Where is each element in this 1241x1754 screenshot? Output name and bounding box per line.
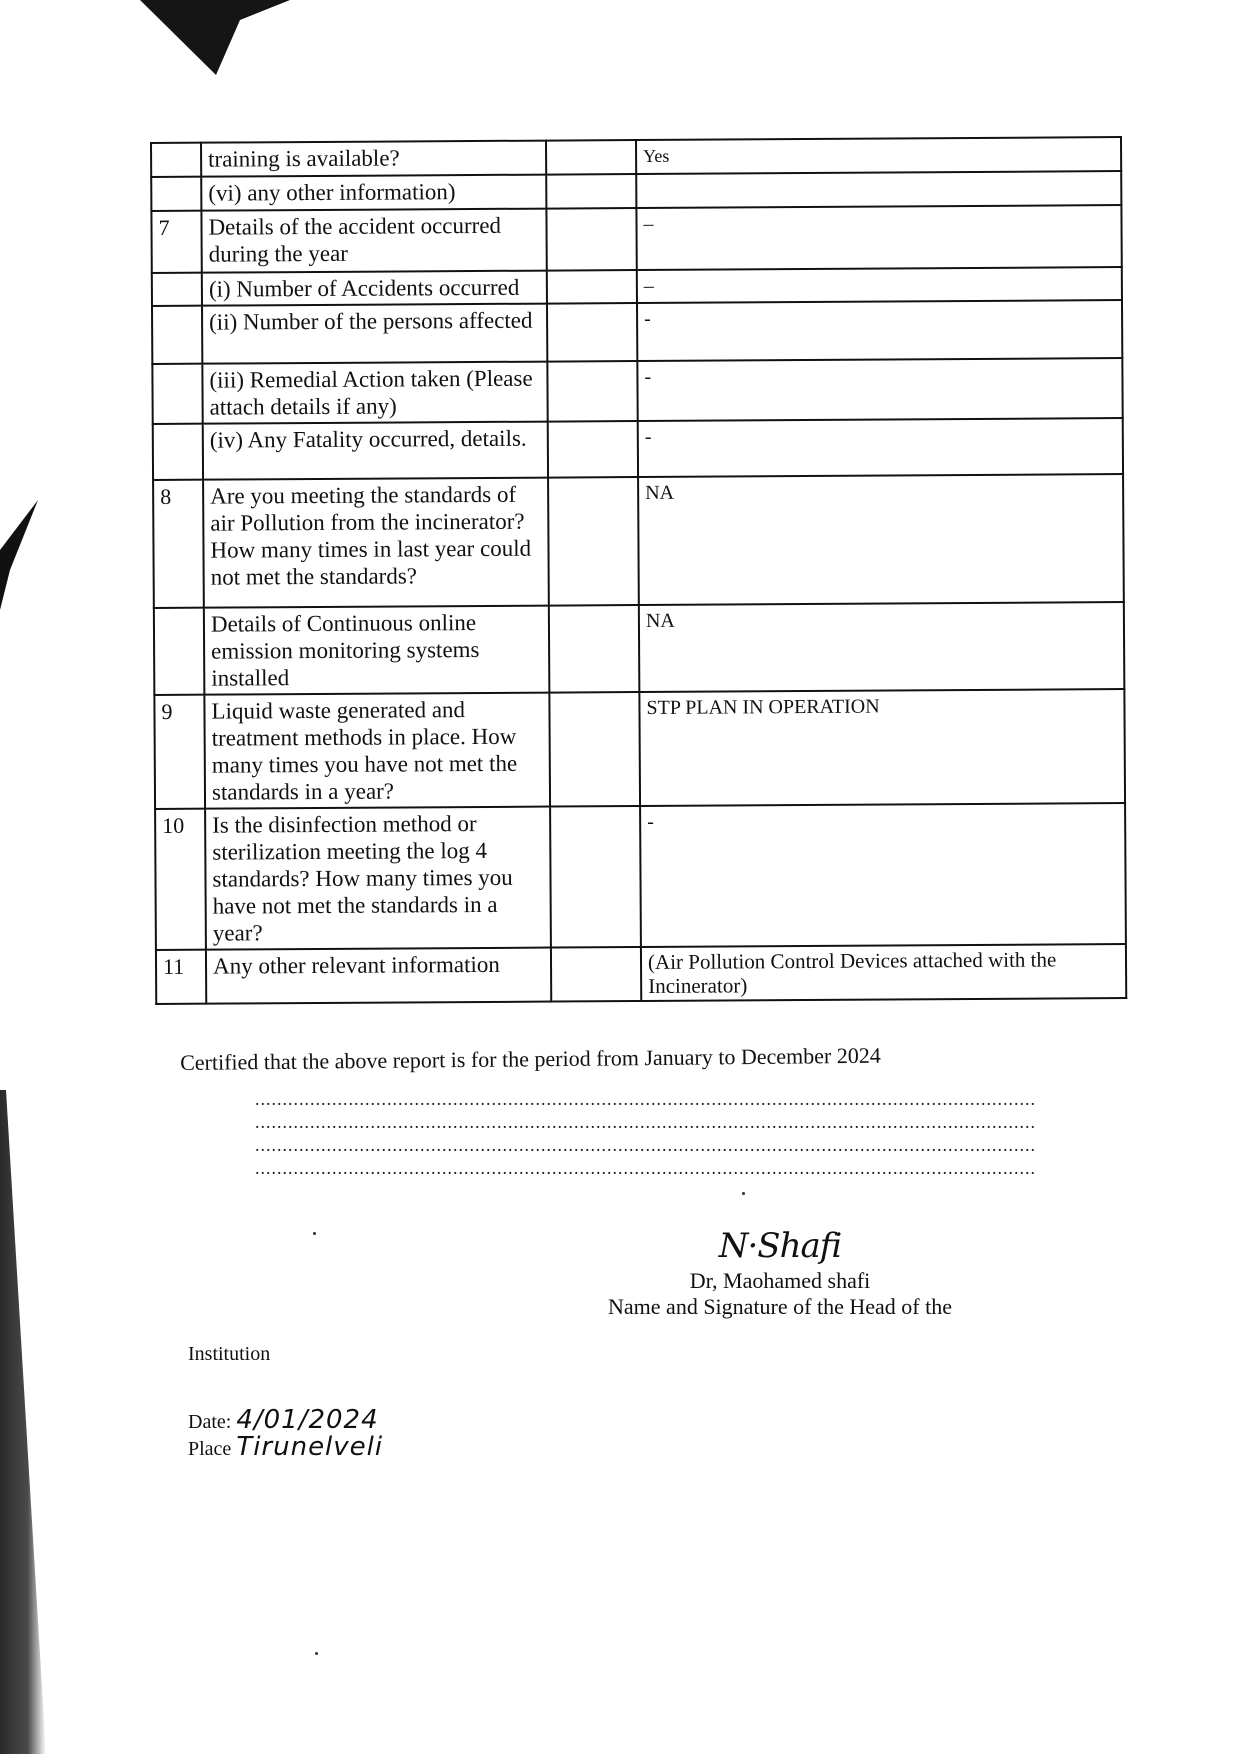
date-line: Date: 4/01/2024 [188, 1405, 379, 1435]
serial-number-cell [153, 424, 203, 480]
serial-number-cell [151, 177, 201, 211]
question-cell: Details of Continuous online emission mo… [204, 606, 550, 695]
dotted-fill-line: ........................................… [255, 1159, 1035, 1177]
date-value: 4/01/2024 [236, 1405, 378, 1435]
question-cell: (iii) Remedial Action taken (Please atta… [202, 362, 547, 424]
answer-cell: – [636, 205, 1121, 270]
answer-cell: - [640, 803, 1126, 947]
place-line: Place Tirunelveli [188, 1432, 383, 1462]
question-cell: training is available? [201, 141, 546, 177]
blank-cell [551, 947, 641, 1002]
table-row: 8Are you meeting the standards of air Po… [153, 474, 1124, 608]
question-cell: Are you meeting the standards of air Pol… [203, 478, 549, 608]
scan-corner-fold [140, 0, 290, 80]
table-row: (iv) Any Fatality occurred, details.- [153, 418, 1123, 480]
blank-cell [546, 174, 636, 209]
answer-cell: - [637, 300, 1122, 361]
question-cell: (iv) Any Fatality occurred, details. [203, 422, 548, 480]
blank-cell [546, 208, 636, 271]
answer-cell: NA [638, 474, 1124, 605]
blank-cell [546, 140, 636, 175]
question-cell: Liquid waste generated and treatment met… [204, 693, 550, 809]
serial-number-cell [152, 306, 202, 364]
question-cell: (ii) Number of the persons affected [202, 304, 547, 364]
blank-cell [549, 692, 640, 807]
blank-cell [547, 361, 637, 422]
dotted-fill-line: ........................................… [255, 1136, 1035, 1154]
blank-cell [547, 270, 637, 304]
scan-speck [313, 1232, 316, 1235]
scan-speck [315, 1652, 318, 1655]
scan-edge-shadow [0, 500, 40, 610]
serial-number-cell [152, 364, 202, 424]
handwritten-signature: N·Shafi [590, 1228, 970, 1264]
serial-number-cell: 8 [153, 480, 204, 608]
serial-number-cell: 10 [155, 809, 206, 950]
answer-cell: STP PLAN IN OPERATION [639, 689, 1125, 806]
blank-cell [547, 303, 637, 362]
dotted-fill-line: ........................................… [255, 1090, 1035, 1108]
place-value: Tirunelveli [236, 1432, 383, 1462]
signatory-institution: Institution [188, 1343, 270, 1366]
table-row: (iii) Remedial Action taken (Please atta… [152, 358, 1122, 424]
question-cell: Details of the accident occurred during … [201, 209, 546, 273]
table-row: 10Is the disinfection method or steriliz… [155, 803, 1126, 950]
answer-cell: Yes [636, 137, 1121, 174]
blank-cell [548, 477, 639, 606]
place-label: Place [188, 1438, 231, 1460]
date-label: Date: [188, 1411, 231, 1433]
answer-cell: NA [639, 602, 1125, 692]
blank-cell [549, 605, 640, 693]
serial-number-cell: 9 [154, 695, 205, 809]
signatory-title: Name and Signature of the Head of the [590, 1294, 970, 1320]
question-cell: Is the disinfection method or sterilizat… [205, 807, 551, 950]
answer-cell: - [637, 358, 1122, 421]
question-cell: (i) Number of Accidents occurred [202, 271, 547, 306]
answer-cell: – [637, 267, 1122, 303]
table-row: (ii) Number of the persons affected- [152, 300, 1122, 364]
signatory-name: Dr, Maohamed shafi [590, 1268, 970, 1294]
blank-cell [548, 421, 638, 478]
scan-speck [742, 1192, 745, 1195]
table-row: 9Liquid waste generated and treatment me… [154, 689, 1125, 809]
dotted-fill-line: ........................................… [255, 1113, 1035, 1131]
serial-number-cell: 7 [151, 211, 201, 273]
report-table: training is available?Yes(vi) any other … [150, 136, 1127, 1005]
blank-cell [550, 806, 641, 948]
answer-cell: - [638, 418, 1123, 477]
serial-number-cell: 11 [156, 950, 206, 1004]
question-cell: Any other relevant information [206, 948, 551, 1004]
question-cell: (vi) any other information) [201, 175, 546, 211]
answer-cell [636, 171, 1121, 208]
table-row: 11Any other relevant information(Air Pol… [156, 944, 1126, 1004]
serial-number-cell [151, 143, 201, 177]
answer-cell: (Air Pollution Control Devices attached … [641, 944, 1126, 1001]
table-row: Details of Continuous online emission mo… [154, 602, 1125, 695]
certification-statement: Certified that the above report is for t… [180, 1043, 881, 1076]
serial-number-cell [154, 608, 205, 695]
scan-edge-shadow [0, 0, 46, 1754]
serial-number-cell [152, 273, 202, 306]
table-row: 7Details of the accident occurred during… [151, 205, 1121, 273]
report-table-container: training is available?Yes(vi) any other … [150, 136, 1135, 1005]
signature-block: N·Shafi Dr, Maohamed shafi Name and Sign… [590, 1228, 970, 1320]
